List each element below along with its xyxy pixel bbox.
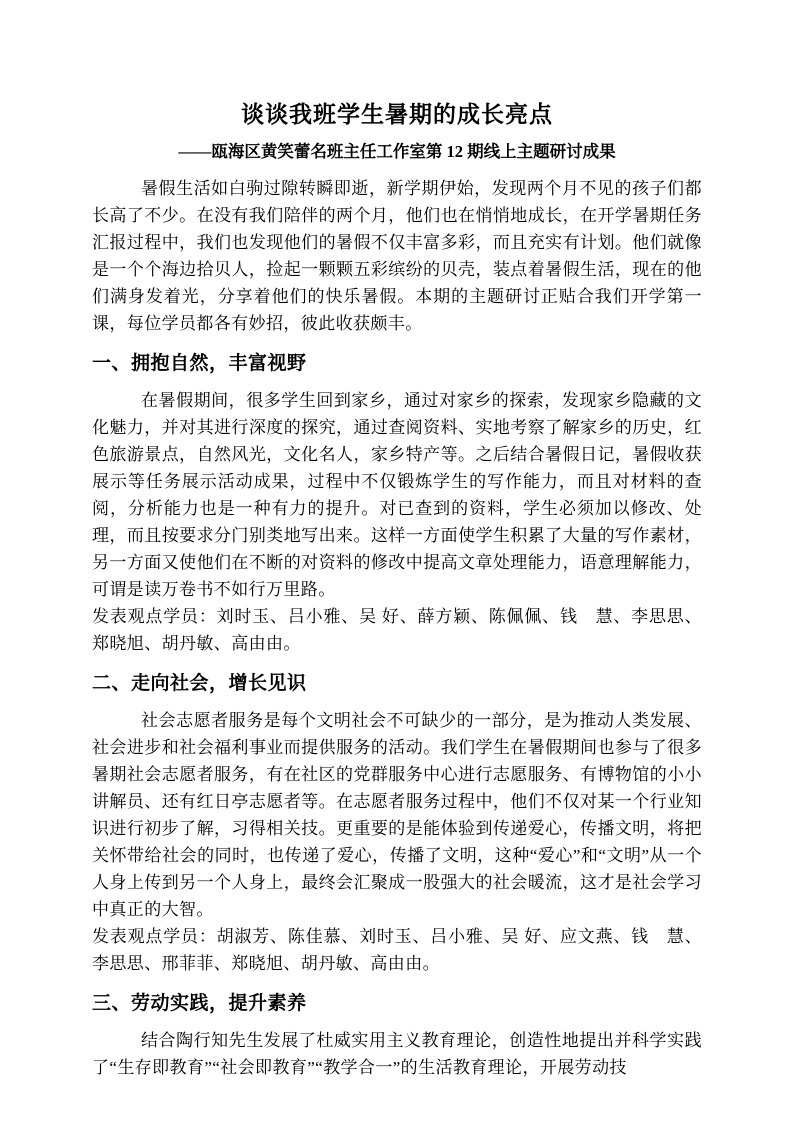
section-society: 二、走向社会，增长见识 社会志愿者服务是每个文明社会不可缺少的一部分，是为推动人…	[92, 672, 702, 977]
section-heading-1: 一、拥抱自然，丰富视野	[92, 352, 702, 376]
section-body-1: 在暑假期间，很多学生回到家乡，通过对家乡的探索，发现家乡隐藏的文化魅力，并对其进…	[92, 387, 702, 603]
section-nature: 一、拥抱自然，丰富视野 在暑假期间，很多学生回到家乡，通过对家乡的探索，发现家乡…	[92, 352, 702, 657]
document-content: 谈谈我班学生暑期的成长亮点 ——瓯海区黄笑蕾名班主任工作室第 12 期线上主题研…	[0, 0, 793, 1081]
document-page: 谈谈我班学生暑期的成长亮点 ——瓯海区黄笑蕾名班主任工作室第 12 期线上主题研…	[0, 0, 793, 1122]
section-body-2: 社会志愿者服务是每个文明社会不可缺少的一部分，是为推动人类发展、社会进步和社会福…	[92, 707, 702, 923]
document-title: 谈谈我班学生暑期的成长亮点	[92, 101, 702, 129]
document-subtitle: ——瓯海区黄笑蕾名班主任工作室第 12 期线上主题研讨成果	[92, 140, 702, 164]
section-heading-2: 二、走向社会，增长见识	[92, 672, 702, 696]
participants-line-2: 发表观点学员：胡淑芳、陈佳慕、刘时玉、吕小雅、吴 好、应文燕、钱 慧、李思思、邢…	[92, 923, 702, 977]
intro-paragraph: 暑假生活如白驹过隙转瞬即逝，新学期伊始，发现两个月不见的孩子们都长高了不少。在没…	[92, 175, 702, 337]
section-labor: 三、劳动实践，提升素养 结合陶行知先生发展了杜威实用主义教育理论，创造性地提出并…	[92, 992, 702, 1081]
section-heading-3: 三、劳动实践，提升素养	[92, 992, 702, 1016]
participants-line-1: 发表观点学员：刘时玉、吕小雅、吴 好、薛方颖、陈佩佩、钱 慧、李思思、郑晓旭、胡…	[92, 603, 702, 657]
section-body-3: 结合陶行知先生发展了杜威实用主义教育理论，创造性地提出并科学实践了“生存即教育”…	[92, 1027, 702, 1081]
